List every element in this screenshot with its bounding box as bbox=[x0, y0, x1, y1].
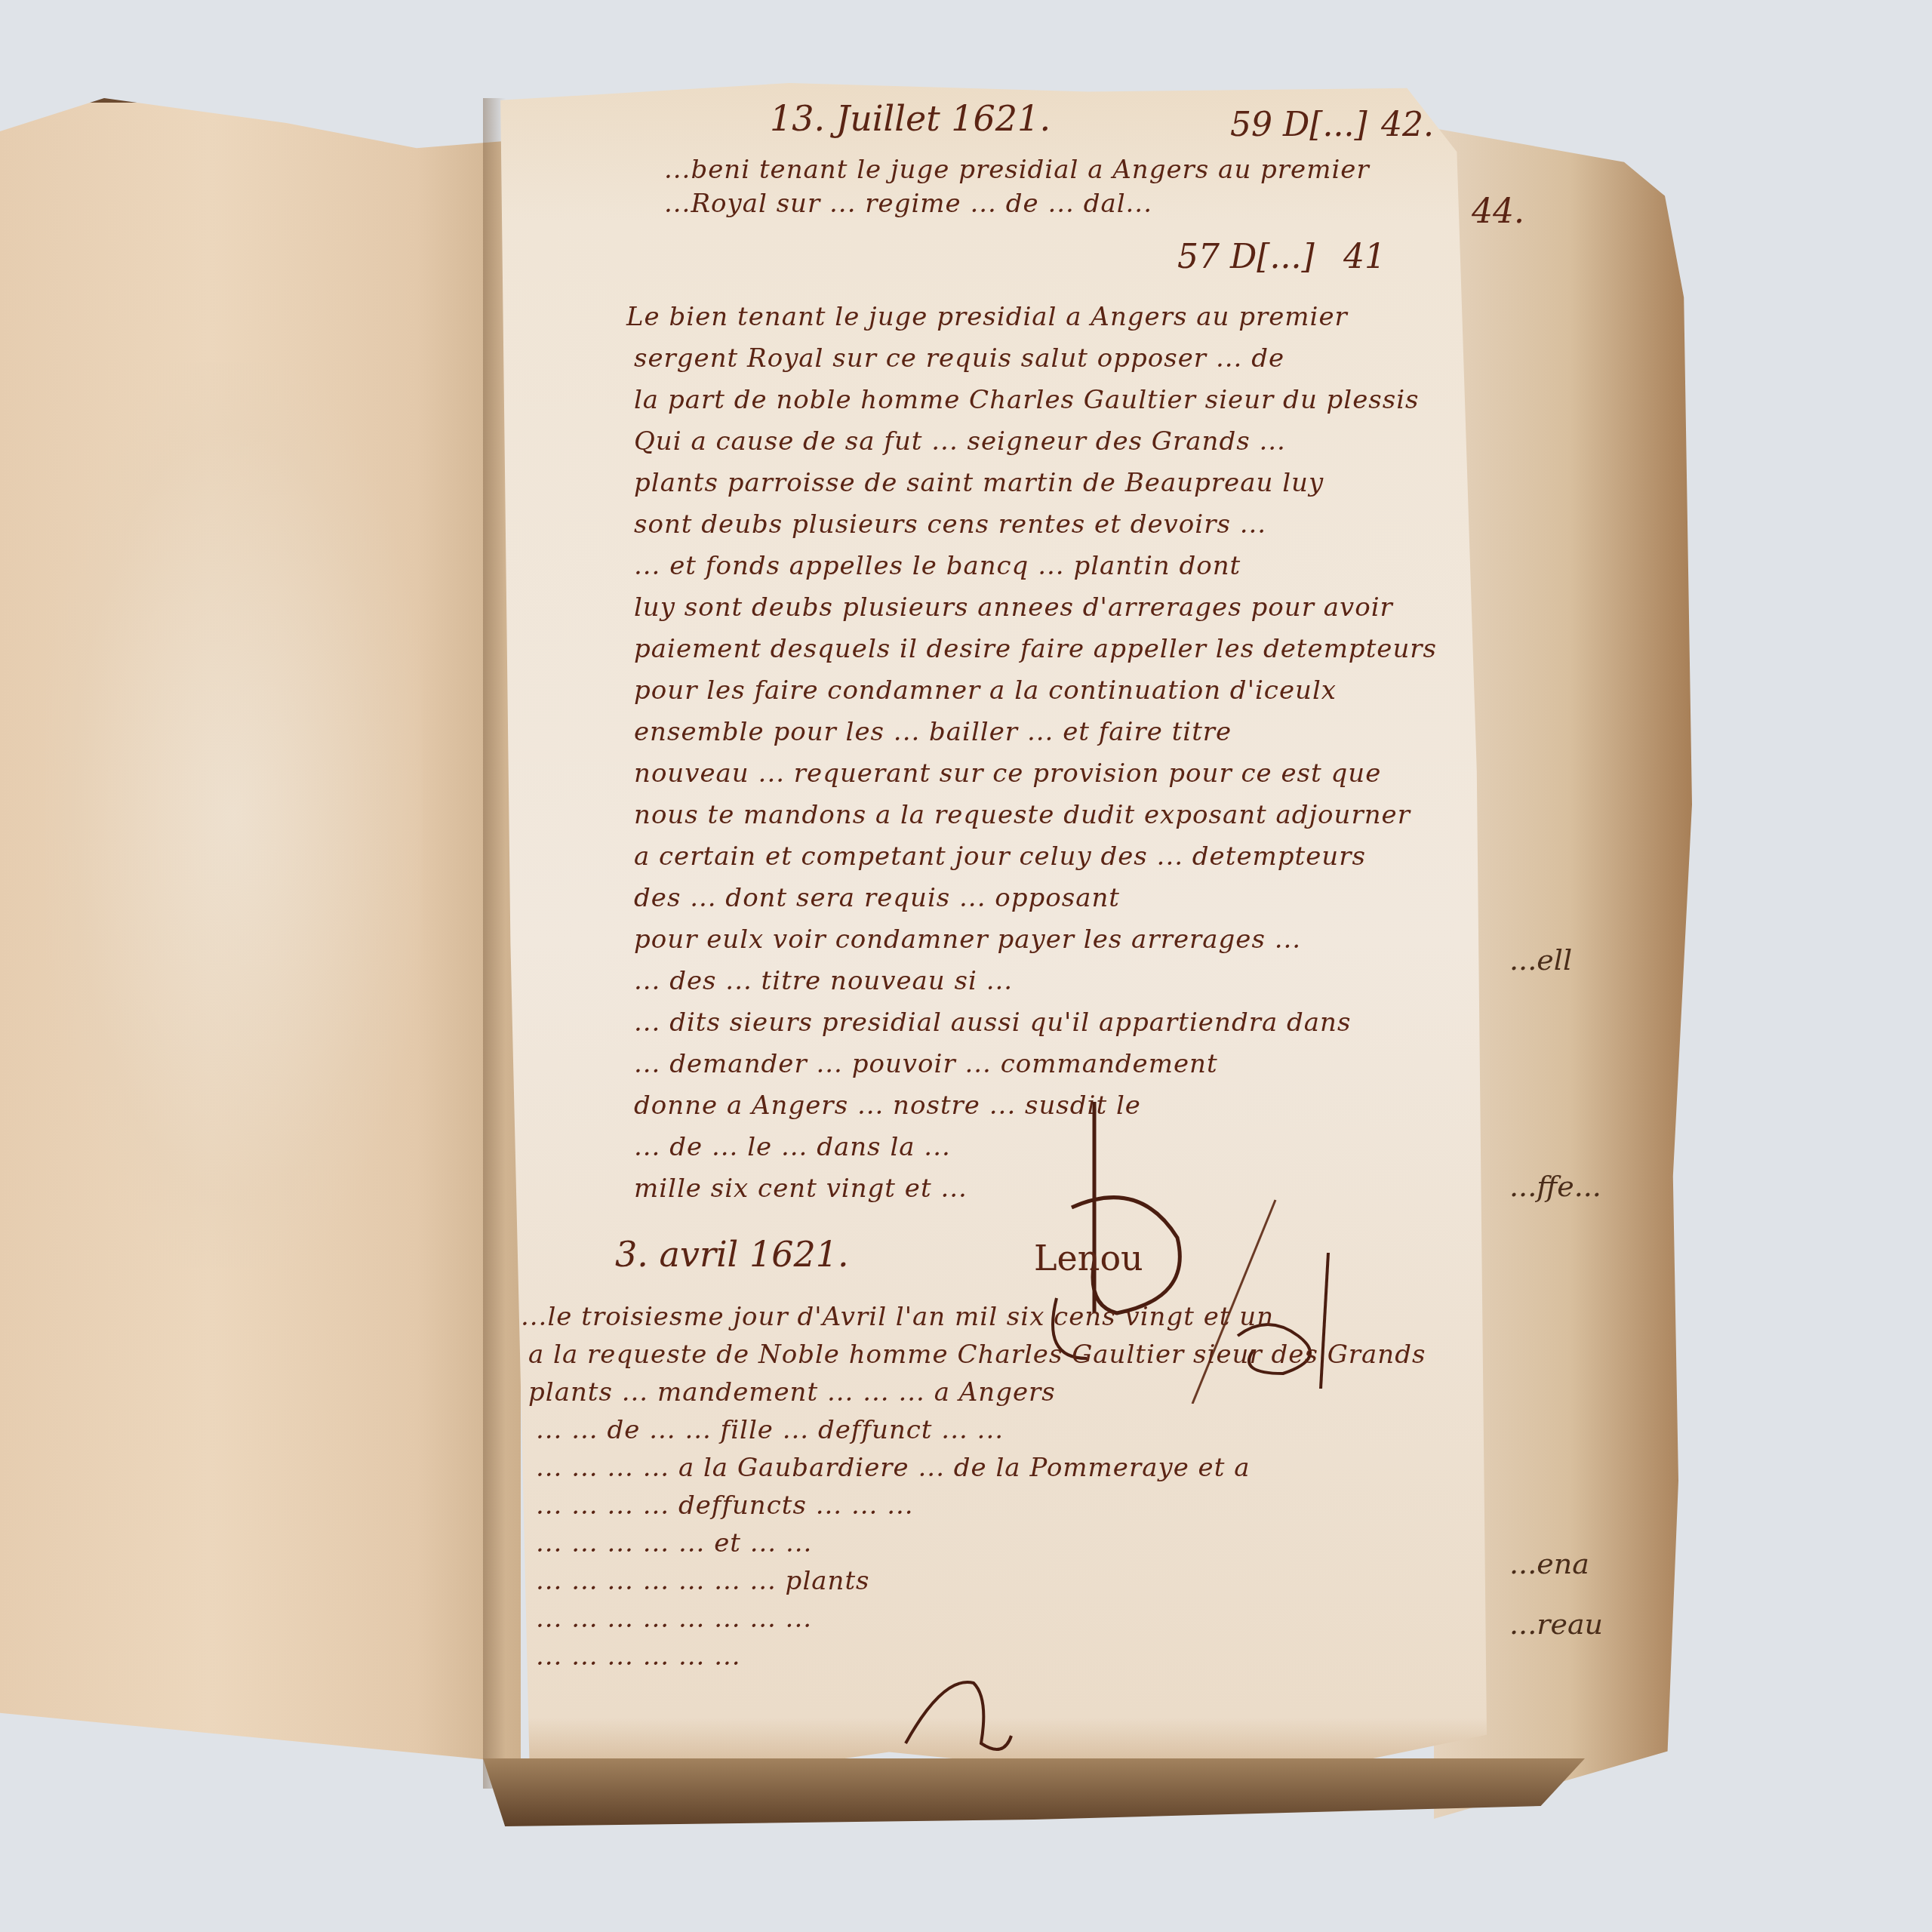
text-line: a la requeste de Noble homme Charles Gau… bbox=[528, 1340, 1426, 1370]
text-line: nous te mandons a la requeste dudit expo… bbox=[634, 800, 1411, 830]
text-line: a certain et competant jour celuy des ..… bbox=[634, 841, 1366, 872]
text-line: Qui a cause de sa fut ... seigneur des G… bbox=[634, 426, 1286, 457]
back-folio-number: 44. bbox=[1472, 192, 1524, 231]
photo-scene: 44. ...ell ...ffe... ...ena ...reau 13. … bbox=[0, 0, 1932, 1932]
text-line: sergent Royal sur ce requis salut oppose… bbox=[634, 343, 1284, 374]
text-line: ... demander ... pouvoir ... commandemen… bbox=[634, 1049, 1218, 1079]
top-line: ...Royal sur ... regime ... de ... dal..… bbox=[664, 189, 1152, 219]
text-line: la part de noble homme Charles Gaultier … bbox=[634, 385, 1420, 415]
text-line: ... ... ... ... deffuncts ... ... ... bbox=[536, 1491, 914, 1521]
page-block-bottom-edge bbox=[483, 1758, 1585, 1826]
text-line: ... de ... le ... dans la ... bbox=[634, 1132, 951, 1162]
text-line: ...le troisiesme jour d'Avril l'an mil s… bbox=[521, 1302, 1274, 1332]
text-line: ... ... de ... ... fille ... deffunct ..… bbox=[536, 1415, 1004, 1445]
top-folio-ref: 59 D[...] bbox=[1230, 106, 1367, 144]
text-line: ensemble pour les ... bailler ... et fai… bbox=[634, 717, 1232, 747]
water-stain bbox=[45, 362, 423, 1268]
text-line: ... et fonds appelles le bancq ... plant… bbox=[634, 551, 1241, 581]
top-folio-number: 42. bbox=[1381, 106, 1434, 144]
edge-fragment: ...ena bbox=[1509, 1547, 1589, 1580]
signature-name: Lenou bbox=[1034, 1238, 1143, 1278]
edge-fragment: ...ffe... bbox=[1509, 1170, 1601, 1203]
text-line: ... ... ... ... a la Gaubardiere ... de … bbox=[536, 1453, 1250, 1483]
text-line: des ... dont sera requis ... opposant bbox=[634, 883, 1120, 913]
text-line: mille six cent vingt et ... bbox=[634, 1174, 968, 1204]
text-line: plants parroisse de saint martin de Beau… bbox=[634, 468, 1324, 498]
text-line: plants ... mandement ... ... ... a Anger… bbox=[528, 1377, 1056, 1407]
text-line: ... dits sieurs presidial aussi qu'il ap… bbox=[634, 1008, 1351, 1038]
text-line: sont deubs plusieurs cens rentes et devo… bbox=[634, 509, 1266, 540]
text-line: paiement desquels il desire faire appell… bbox=[634, 634, 1437, 664]
manuscript-page: 13. Juillet 1621. 59 D[...] 42. ...beni … bbox=[491, 83, 1487, 1804]
main-folio-ref: 57 D[...] bbox=[1177, 238, 1315, 276]
text-line: Le bien tenant le juge presidial a Anger… bbox=[626, 302, 1348, 332]
text-line: ... ... ... ... ... et ... ... bbox=[536, 1528, 812, 1558]
text-line: pour eulx voir condamner payer les arrer… bbox=[634, 924, 1301, 955]
text-line: ... des ... titre nouveau si ... bbox=[634, 966, 1013, 996]
edge-fragment: ...ell bbox=[1509, 943, 1572, 977]
edge-fragment: ...reau bbox=[1509, 1607, 1603, 1641]
main-folio-number: 41 bbox=[1343, 238, 1386, 276]
text-line: ... ... ... ... ... ... ... plants bbox=[536, 1566, 870, 1596]
second-entry-date: 3. avril 1621. bbox=[615, 1234, 849, 1275]
text-line: nouveau ... requerant sur ce provision p… bbox=[634, 758, 1381, 789]
text-line: luy sont deubs plusieurs annees d'arrera… bbox=[634, 592, 1393, 623]
text-line: ... ... ... ... ... ... bbox=[536, 1641, 741, 1672]
closing-flourish bbox=[898, 1653, 1049, 1766]
top-date: 13. Juillet 1621. bbox=[770, 98, 1051, 139]
text-line: pour les faire condamner a la continuati… bbox=[634, 675, 1337, 706]
text-line: ... ... ... ... ... ... ... ... bbox=[536, 1604, 812, 1634]
top-line: ...beni tenant le juge presidial a Anger… bbox=[664, 155, 1370, 185]
spine-shadow bbox=[483, 98, 506, 1789]
